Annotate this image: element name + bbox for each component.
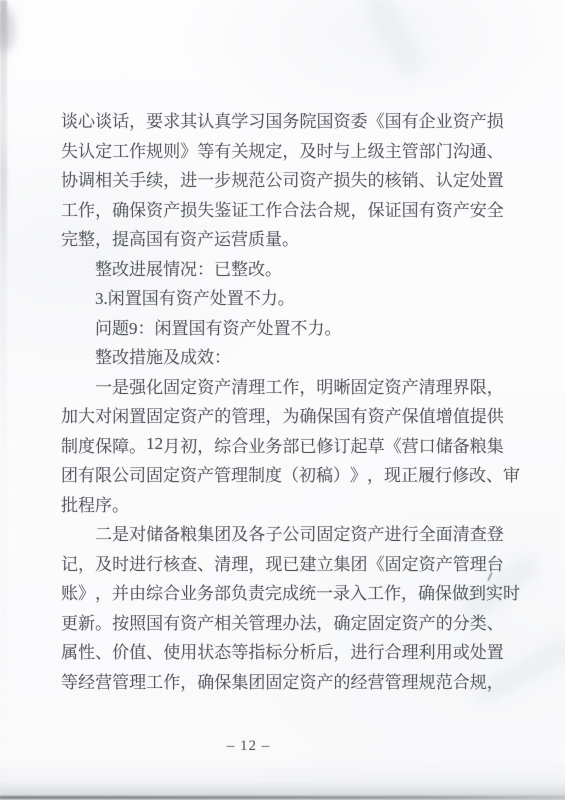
text-line: 问题9：闲置国有资产处置不力。 bbox=[61, 312, 504, 342]
text-line: 等经营管理工作，确保集团固定资产的经营管理规范合规， bbox=[61, 666, 504, 696]
text-line: 批程序。 bbox=[61, 489, 504, 519]
text-line: 加大对闲置固定资产的管理，为确保国有资产保值增值提供 bbox=[61, 400, 504, 430]
photo-left-edge-shadow bbox=[0, 0, 7, 800]
photo-bottom-edge-line bbox=[0, 796, 565, 799]
document-text-block: 谈心谈话，要求其认真学习国务院国资委《国有企业资产损失认定工作规则》等有关规定，… bbox=[61, 105, 504, 695]
text-line: 整改措施及成效： bbox=[61, 341, 504, 371]
text-line: 谈心谈话，要求其认真学习国务院国资委《国有企业资产损 bbox=[61, 105, 504, 135]
photo-bottom-edge-shadow bbox=[0, 758, 565, 800]
page-number: – 12 – bbox=[0, 738, 497, 755]
photo-crease bbox=[360, 0, 431, 81]
text-line: 制度保障。12月初，综合业务部已修订起草《营口储备粮集 bbox=[61, 430, 504, 460]
text-line: 完整，提高国有资产运营质量。 bbox=[61, 223, 504, 253]
text-line: 整改进展情况：已整改。 bbox=[61, 253, 504, 283]
text-line: 二是对储备粮集团及各子公司固定资产进行全面清查登 bbox=[61, 518, 504, 548]
text-line: 属性、价值、使用状态等指标分析后，进行合理利用或处置 bbox=[61, 636, 504, 666]
text-line: 协调相关手续，进一步规范公司资产损失的核销、认定处置 bbox=[61, 164, 504, 194]
text-line: 3.闲置国有资产处置不力。 bbox=[61, 282, 504, 312]
scanned-document-page: 谈心谈话，要求其认真学习国务院国资委《国有企业资产损失认定工作规则》等有关规定，… bbox=[0, 0, 565, 800]
photo-corner-shade bbox=[0, 6, 14, 52]
text-line: 工作，确保资产损失鉴证工作合法合规，保证国有资产安全 bbox=[61, 194, 504, 224]
text-line: 失认定工作规则》等有关规定，及时与上级主管部门沟通、 bbox=[61, 135, 504, 165]
text-line: 账》，并由综合业务部负责完成统一录入工作，确保做到实时 bbox=[61, 577, 504, 607]
text-line: 更新。按照国有资产相关管理办法，确定固定资产的分类、 bbox=[61, 607, 504, 637]
text-line: 记，及时进行核查、清理，现已建立集团《固定资产管理台 bbox=[61, 548, 504, 578]
text-line: 一是强化固定资产清理工作，明晰固定资产清理界限， bbox=[61, 371, 504, 401]
text-line: 团有限公司固定资产管理制度（初稿）》，现正履行修改、审 bbox=[61, 459, 504, 489]
